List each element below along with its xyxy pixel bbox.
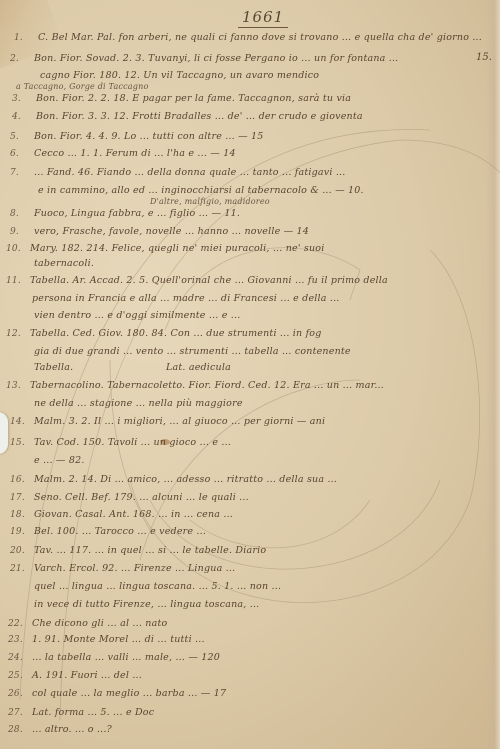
entry-number: 14. (10, 417, 34, 427)
entry-line: 5.Bon. Fior. 4. 4. 9. Lo ... tutti con a… (10, 131, 264, 142)
entry-continuation: e in cammino, allo ed ... inginocchiarsi… (38, 185, 364, 196)
entry-line: 20.Tav. ... 117. ... in quel ... si ... … (10, 545, 266, 556)
entry-text: Che dicono gli ... al ... nato (32, 618, 167, 629)
entry-line: 27.Lat. forma ... 5. ... e Doc (8, 707, 154, 718)
entry-continuation: a Taccagno, Gorge di Taccagno (16, 82, 148, 91)
entry-line: 19.Bel. 100. ... Tarocco ... e vedere ..… (10, 526, 206, 537)
entry-text: in vece di tutto Firenze, ... lingua tos… (34, 599, 259, 610)
entry-number: 21. (10, 564, 34, 574)
entry-number: 20. (10, 546, 34, 556)
entry-line: 26.col quale ... la meglio ... barba ...… (8, 688, 226, 699)
entry-text: Fuoco, Lingua fabbra, e ... figlio ... —… (34, 208, 240, 219)
entry-continuation: quel ... lingua ... lingua toscana. ... … (34, 581, 281, 592)
paper-tear (0, 412, 8, 454)
entry-text: C. Bel Mar. Pal. fon arberi, ne quali ci… (38, 32, 482, 43)
entry-line: 12.Tabella. Ced. Giov. 180. 84. Con ... … (6, 328, 321, 339)
entry-text: vero, Frasche, favole, novelle ... hanno… (34, 226, 309, 237)
entry-number: 6. (10, 149, 34, 159)
entry-number: 18. (10, 510, 34, 520)
entry-continuation: gia di due grandi ... vento ... strument… (34, 346, 351, 357)
entry-number: 22. (8, 619, 32, 629)
entry-number: 3. (12, 94, 36, 104)
entry-continuation: tabernacoli. (34, 258, 94, 269)
entry-text: col quale ... la meglio ... barba ... — … (32, 688, 226, 699)
entry-line: 9.vero, Frasche, favole, novelle ... han… (10, 226, 309, 237)
entry-number: 12. (6, 329, 30, 339)
entry-number: 11. (6, 276, 30, 286)
entry-line: 13.Tabernacolino. Tabernacoletto. Fior. … (6, 380, 384, 391)
entry-text: e ... — 82. (34, 455, 85, 466)
margin-note: 15. (476, 52, 492, 63)
entry-continuation: e ... — 82. (34, 455, 85, 466)
entry-text: ... Fand. 46. Fiando ... della donna qua… (34, 167, 345, 178)
paper-edge (486, 0, 500, 749)
entry-line: 18.Giovan. Casal. Ant. 168. ... in ... c… (10, 509, 233, 520)
entry-line: 23.1. 91. Monte Morel ... di ... tutti .… (8, 634, 205, 645)
entry-continuation: cagno Fior. 180. 12. Un vil Taccagno, un… (40, 70, 319, 81)
entry-text: ne della ... stagione ... nella più magg… (34, 398, 243, 409)
entry-text: Cecco ... 1. 1. Ferum di ... l'ha e ... … (34, 148, 236, 159)
entry-number: 28. (8, 725, 32, 735)
entry-number: 2. (10, 54, 34, 64)
entry-text: Varch. Ercol. 92. ... Firenze ... Lingua… (34, 563, 235, 574)
entry-line: 3.Bon. Fior. 2. 2. 18. E pagar per la fa… (12, 93, 351, 104)
entry-text: e in cammino, allo ed ... inginocchiarsi… (38, 185, 364, 196)
entry-text: Giovan. Casal. Ant. 168. ... in ... cena… (34, 509, 233, 520)
entry-text: tabernacoli. (34, 258, 94, 269)
entry-text: 1. 91. Monte Morel ... di ... tutti ... (32, 634, 205, 645)
entry-number: 16. (10, 475, 34, 485)
entry-text: gia di due grandi ... vento ... strument… (34, 346, 351, 357)
entry-line: 24.... la tabella ... valli ... male, ..… (8, 652, 220, 663)
entry-line: 25.A. 191. Fuori ... del ... (8, 670, 142, 681)
entry-number: 9. (10, 227, 34, 237)
entry-text: cagno Fior. 180. 12. Un vil Taccagno, un… (40, 70, 319, 81)
entry-line: 21.Varch. Ercol. 92. ... Firenze ... Lin… (10, 563, 235, 574)
page-header: 1661 (238, 8, 288, 28)
entry-number: 25. (8, 671, 32, 681)
entry-number: 10. (6, 244, 30, 254)
entry-line: 4.Bon. Fior. 3. 3. 12. Frotti Bradalles … (12, 111, 363, 122)
entry-continuation: D'altre, malfigio, madidoreo (150, 197, 270, 206)
entry-text: Lat. forma ... 5. ... e Doc (32, 707, 154, 718)
entry-line: 22.Che dicono gli ... al ... nato (8, 618, 167, 629)
entry-line: 15.Tav. Cod. 150. Tavoli ... un gioco ..… (10, 437, 231, 448)
entry-text: Malm. 3. 2. Il ... i migliori, ... al gi… (34, 416, 325, 427)
entry-line: 2.Bon. Fior. Sovad. 2. 3. Tuvanyi, li ci… (10, 53, 398, 64)
entry-continuation: Tabella. (34, 362, 73, 373)
entry-text: Bon. Fior. 2. 2. 18. E pagar per la fame… (36, 93, 351, 104)
entry-line: 1.C. Bel Mar. Pal. fon arberi, ne quali … (14, 32, 482, 43)
entry-line: 17.Seno. Cell. Bef. 179. ... alcuni ... … (10, 492, 249, 503)
entry-number: 24. (8, 653, 32, 663)
entry-number: 19. (10, 527, 34, 537)
entry-text: Tabernacolino. Tabernacoletto. Fior. Fio… (30, 380, 384, 391)
entry-line: 16.Malm. 2. 14. Di ... amico, ... adesso… (10, 474, 337, 485)
entry-line: 6.Cecco ... 1. 1. Ferum di ... l'ha e ..… (10, 148, 236, 159)
entry-number: 1. (14, 33, 38, 43)
entry-text: Tav. Cod. 150. Tavoli ... un gioco ... e… (34, 437, 231, 448)
entry-text: Tabella. (34, 362, 73, 373)
entry-number: 13. (6, 381, 30, 391)
entry-text: Malm. 2. 14. Di ... amico, ... adesso ..… (34, 474, 337, 485)
entry-continuation: ne della ... stagione ... nella più magg… (34, 398, 243, 409)
entry-text: Bel. 100. ... Tarocco ... e vedere ... (34, 526, 206, 537)
manuscript-page: 1661 1.C. Bel Mar. Pal. fon arberi, ne q… (0, 0, 500, 749)
entry-text: ... altro. ... o ...? (32, 724, 112, 735)
entry-number: 27. (8, 708, 32, 718)
entry-number: 23. (8, 635, 32, 645)
entry-text: Bon. Fior. 4. 4. 9. Lo ... tutti con alt… (34, 131, 264, 142)
entry-line: 11.Tabella. Ar. Accad. 2. 5. Quell'orina… (6, 275, 388, 286)
entry-text: vien dentro ... e d'oggi similmente ... … (34, 310, 240, 321)
entry-text: Bon. Fior. 3. 3. 12. Frotti Bradalles ..… (36, 111, 363, 122)
entry-text: persona in Francia e alla ... madre ... … (32, 293, 340, 304)
entry-number: 5. (10, 132, 34, 142)
entry-number: 17. (10, 493, 34, 503)
entry-number: 26. (8, 689, 32, 699)
entry-continuation: in vece di tutto Firenze, ... lingua tos… (34, 599, 259, 610)
entry-text: ... la tabella ... valli ... male, ... —… (32, 652, 220, 663)
entry-text: Bon. Fior. Sovad. 2. 3. Tuvanyi, li ci f… (34, 53, 398, 64)
entry-text: quel ... lingua ... lingua toscana. ... … (34, 581, 281, 592)
entry-continuation: vien dentro ... e d'oggi similmente ... … (34, 310, 240, 321)
entry-number: 7. (10, 168, 34, 178)
entry-text: Tabella. Ar. Accad. 2. 5. Quell'orinal c… (30, 275, 388, 286)
entry-number: 15. (10, 438, 34, 448)
entry-line: 14.Malm. 3. 2. Il ... i migliori, ... al… (10, 416, 325, 427)
entry-continuation: persona in Francia e alla ... madre ... … (32, 293, 340, 304)
entry-text: Seno. Cell. Bef. 179. ... alcuni ... le … (34, 492, 249, 503)
entry-text: Tav. ... 117. ... in quel ... si ... le … (34, 545, 266, 556)
entry-number: 4. (12, 112, 36, 122)
entry-line: 10.Mary. 182. 214. Felice, quegli ne' mi… (6, 243, 324, 254)
entry-text: A. 191. Fuori ... del ... (32, 670, 142, 681)
entry-text: a Taccagno, Gorge di Taccagno (16, 82, 148, 91)
entry-text: Lat. aedicula (166, 362, 231, 373)
entry-line: 28.... altro. ... o ...? (8, 724, 112, 735)
entry-text: D'altre, malfigio, madidoreo (150, 197, 270, 206)
entry-number: 8. (10, 209, 34, 219)
entry-text: Mary. 182. 214. Felice, quegli ne' miei … (30, 243, 324, 254)
entry-line: 8.Fuoco, Lingua fabbra, e ... figlio ...… (10, 208, 240, 219)
entry-text: Tabella. Ced. Giov. 180. 84. Con ... due… (30, 328, 321, 339)
entry-line: 7.... Fand. 46. Fiando ... della donna q… (10, 167, 345, 178)
entry-continuation: Lat. aedicula (166, 362, 231, 373)
